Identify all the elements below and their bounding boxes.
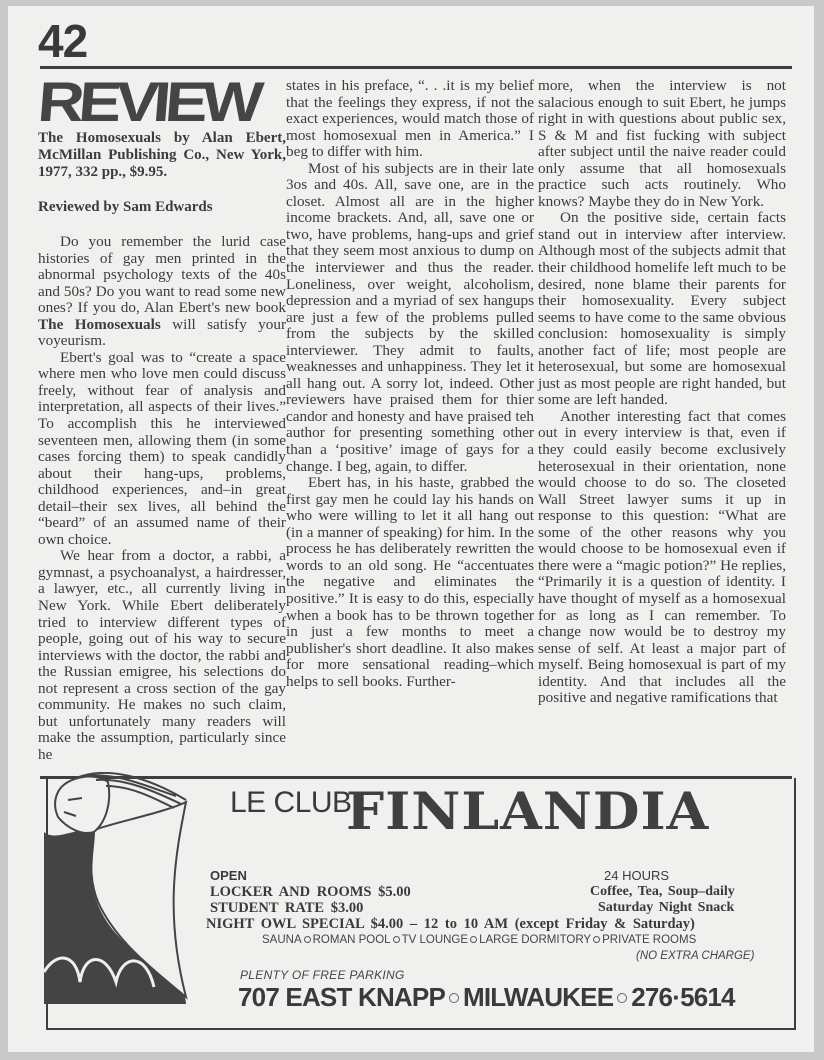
- bullet-circle-icon: [593, 936, 600, 943]
- paragraph: Another interesting fact that comes out …: [538, 409, 786, 707]
- paragraph: Do you remember the lurid case histories…: [38, 234, 286, 350]
- page-number: 42: [38, 16, 87, 66]
- bullet-circle-icon: [393, 936, 400, 943]
- ad-refreshments: Coffee, Tea, Soup–daily: [590, 884, 735, 900]
- ad-street: 707 EAST KNAPP: [238, 982, 445, 1012]
- amenity: ROMAN POOL: [313, 934, 391, 946]
- magazine-page: 42 REVIEW The Homosexuals by Alan Ebert,…: [8, 6, 814, 1052]
- paragraph: Ebert's goal was to “create a space wher…: [38, 350, 286, 549]
- paragraph: Ebert has, in his haste, grabbed the fir…: [286, 475, 534, 690]
- byline: Reviewed by Sam Edwards: [38, 199, 286, 216]
- paragraph: states in his preface, “. . .it is my be…: [286, 78, 534, 161]
- ad-city: MILWAUKEE: [463, 982, 613, 1012]
- separator-circle-icon: [617, 993, 627, 1003]
- ad-phone: 276·5614: [631, 982, 734, 1012]
- amenity: TV LOUNGE: [402, 934, 468, 946]
- ad-night-owl-special: NIGHT OWL SPECIAL $4.00 – 12 to 10 AM (e…: [206, 916, 695, 932]
- ad-open-label: OPEN: [210, 868, 247, 883]
- bullet-circle-icon: [304, 936, 311, 943]
- figure-illustration-icon: [36, 772, 206, 1004]
- ad-address-line: 707 EAST KNAPPMILWAUKEE276·5614: [238, 982, 735, 1012]
- amenity: LARGE DORMITORY: [479, 934, 591, 946]
- ad-student-rate: STUDENT RATE $3.00: [210, 900, 363, 916]
- bullet-circle-icon: [470, 936, 477, 943]
- ad-amenities: SAUNAROMAN POOLTV LOUNGELARGE DORMITORYP…: [262, 934, 696, 946]
- ad-le-club: LE CLUB: [230, 786, 352, 820]
- paragraph: We hear from a doctor, a rabbi, a gymnas…: [38, 548, 286, 763]
- ad-locker-price: LOCKER AND ROOMS $5.00: [210, 884, 411, 900]
- header-rule: [40, 66, 792, 69]
- separator-circle-icon: [449, 993, 459, 1003]
- ad-hours: 24 HOURS: [604, 868, 669, 883]
- book-info: The Homosexuals by Alan Ebert, McMillan …: [38, 130, 286, 181]
- ad-no-extra-charge: (NO EXTRA CHARGE): [636, 950, 754, 962]
- article-column-3: more, when the interview is not salaciou…: [538, 78, 786, 707]
- book-title: The Homosexuals: [38, 316, 161, 333]
- amenity: SAUNA: [262, 934, 302, 946]
- finlandia-advertisement: LE CLUB FINLANDIA OPEN LOCKER AND ROOMS …: [46, 778, 796, 1030]
- ad-snack: Saturday Night Snack: [598, 900, 734, 916]
- paragraph-text: Do you remember the lurid case histories…: [38, 233, 286, 316]
- article-column-2: states in his preface, “. . .it is my be…: [286, 78, 534, 690]
- ad-club-name: FINLANDIA: [346, 784, 709, 839]
- paragraph: On the positive side, certain facts stan…: [538, 210, 786, 409]
- ad-parking: PLENTY OF FREE PARKING: [240, 968, 405, 982]
- amenity: PRIVATE ROOMS: [602, 934, 696, 946]
- paragraph: more, when the interview is not salaciou…: [538, 78, 786, 210]
- paragraph: Most of his subjects are in their late 3…: [286, 161, 534, 475]
- review-heading: REVIEW: [36, 76, 325, 128]
- article-column-1: REVIEW The Homosexuals by Alan Ebert, Mc…: [38, 76, 286, 764]
